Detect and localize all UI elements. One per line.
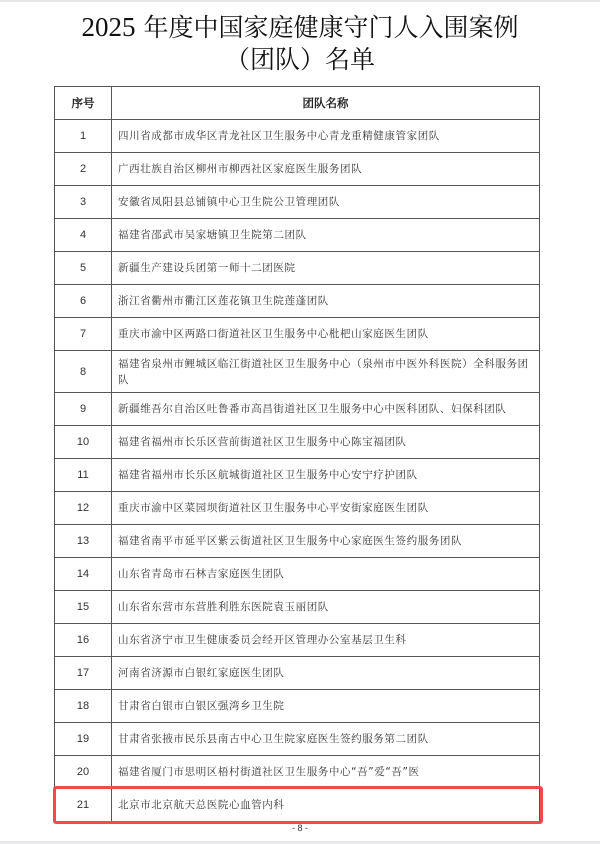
column-header-team-name: 团队名称 [112,87,540,120]
team-name: 新疆生产建设兵团第一师十二团医院 [112,252,540,285]
table-row: 15山东省东营市东营胜利胜东医院袁玉丽团队 [55,591,540,624]
row-number: 16 [55,624,112,657]
row-number: 12 [55,492,112,525]
row-number: 13 [55,525,112,558]
table-row: 11福建省福州市长乐区航城街道社区卫生服务中心安宁疗护团队 [55,459,540,492]
table-row: 9新疆维吾尔自治区吐鲁番市高昌街道社区卫生服务中心中医科团队、妇保科团队 [55,393,540,426]
column-header-number: 序号 [55,87,112,120]
table-row: 20福建省厦门市思明区梧村街道社区卫生服务中心“吾”爱“吾”医 [55,756,540,789]
table-row: 5新疆生产建设兵团第一师十二团医院 [55,252,540,285]
table-row: 2广西壮族自治区柳州市柳西社区家庭医生服务团队 [55,153,540,186]
table-row: 18甘肃省白银市白银区强湾乡卫生院 [55,690,540,723]
row-number: 10 [55,426,112,459]
page-title-line-2: （团队）名单 [0,40,600,76]
row-number: 18 [55,690,112,723]
title-year: 2025 [82,12,136,42]
row-number: 8 [55,351,112,393]
row-number: 17 [55,657,112,690]
table-row: 10福建省福州市长乐区营前街道社区卫生服务中心陈宝福团队 [55,426,540,459]
team-name: 福建省南平市延平区紫云街道社区卫生服务中心家庭医生签约服务团队 [112,525,540,558]
team-name: 北京市北京航天总医院心血管内科 [112,789,540,822]
team-name: 四川省成都市成华区青龙社区卫生服务中心青龙重精健康管家团队 [112,120,540,153]
row-number: 4 [55,219,112,252]
table-row: 16山东省济宁市卫生健康委员会经开区管理办公室基层卫生科 [55,624,540,657]
table-row: 14山东省青岛市石林吉家庭医生团队 [55,558,540,591]
page-title-line-1: 2025 年度中国家庭健康守门人入围案例 [0,8,600,44]
team-name: 安徽省凤阳县总铺镇中心卫生院公卫管理团队 [112,186,540,219]
table-header-row: 序号 团队名称 [55,87,540,120]
row-number: 7 [55,318,112,351]
table-row: 4福建省邵武市吴家塘镇卫生院第二团队 [55,219,540,252]
table-row: 8福建省泉州市鲤城区临江街道社区卫生服务中心（泉州市中医外科医院）全科服务团队 [55,351,540,393]
row-number: 20 [55,756,112,789]
row-number: 11 [55,459,112,492]
team-name: 甘肃省张掖市民乐县南古中心卫生院家庭医生签约服务第二团队 [112,723,540,756]
row-number: 2 [55,153,112,186]
team-name: 河南省济源市白银红家庭医生团队 [112,657,540,690]
team-name: 广西壮族自治区柳州市柳西社区家庭医生服务团队 [112,153,540,186]
table-row: 6浙江省衢州市衢江区莲花镇卫生院莲蓬团队 [55,285,540,318]
row-number: 21 [55,789,112,822]
row-number: 6 [55,285,112,318]
team-name: 山东省东营市东营胜利胜东医院袁玉丽团队 [112,591,540,624]
page-number: - 8 - [0,823,600,833]
team-name: 山东省青岛市石林吉家庭医生团队 [112,558,540,591]
row-number: 15 [55,591,112,624]
row-number: 14 [55,558,112,591]
row-number: 9 [55,393,112,426]
team-name: 甘肃省白银市白银区强湾乡卫生院 [112,690,540,723]
team-name: 福建省福州市长乐区航城街道社区卫生服务中心安宁疗护团队 [112,459,540,492]
row-number: 3 [55,186,112,219]
table-row: 12重庆市渝中区菜园坝街道社区卫生服务中心平安街家庭医生团队 [55,492,540,525]
team-name: 福建省邵武市吴家塘镇卫生院第二团队 [112,219,540,252]
row-number: 5 [55,252,112,285]
team-list-table: 序号 团队名称 1四川省成都市成华区青龙社区卫生服务中心青龙重精健康管家团队 2… [54,86,540,822]
team-name: 重庆市渝中区两路口街道社区卫生服务中心枇杷山家庭医生团队 [112,318,540,351]
team-name: 福建省厦门市思明区梧村街道社区卫生服务中心“吾”爱“吾”医 [112,756,540,789]
table-row: 7重庆市渝中区两路口街道社区卫生服务中心枇杷山家庭医生团队 [55,318,540,351]
top-divider [0,0,600,2]
row-number: 19 [55,723,112,756]
title-text: 年度中国家庭健康守门人入围案例 [136,13,519,42]
row-number: 1 [55,120,112,153]
team-name: 福建省泉州市鲤城区临江街道社区卫生服务中心（泉州市中医外科医院）全科服务团队 [112,351,540,393]
table-row: 19甘肃省张掖市民乐县南古中心卫生院家庭医生签约服务第二团队 [55,723,540,756]
table-row: 1四川省成都市成华区青龙社区卫生服务中心青龙重精健康管家团队 [55,120,540,153]
team-name: 山东省济宁市卫生健康委员会经开区管理办公室基层卫生科 [112,624,540,657]
table-row: 3安徽省凤阳县总铺镇中心卫生院公卫管理团队 [55,186,540,219]
team-name: 重庆市渝中区菜园坝街道社区卫生服务中心平安街家庭医生团队 [112,492,540,525]
table-row: 17河南省济源市白银红家庭医生团队 [55,657,540,690]
team-name: 新疆维吾尔自治区吐鲁番市高昌街道社区卫生服务中心中医科团队、妇保科团队 [112,393,540,426]
team-name: 浙江省衢州市衢江区莲花镇卫生院莲蓬团队 [112,285,540,318]
table-row-highlighted: 21北京市北京航天总医院心血管内科 [55,789,540,822]
table-row: 13福建省南平市延平区紫云街道社区卫生服务中心家庭医生签约服务团队 [55,525,540,558]
team-name: 福建省福州市长乐区营前街道社区卫生服务中心陈宝福团队 [112,426,540,459]
